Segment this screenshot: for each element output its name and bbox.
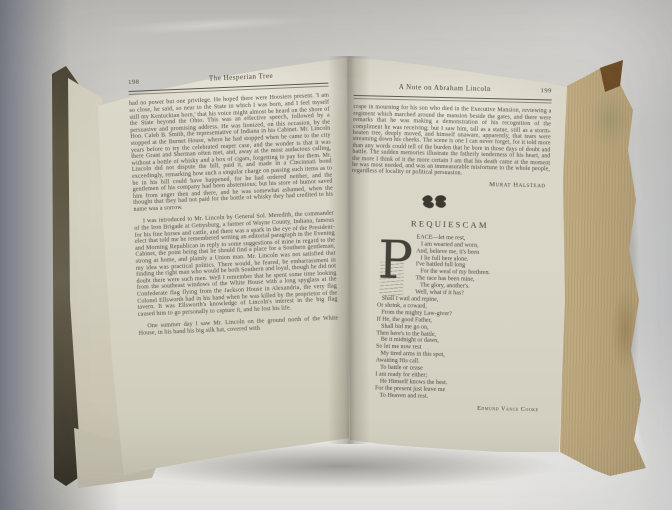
book-photo: 198 The Hesperian Tree had no power but … [0, 0, 672, 510]
body-paragraph: had no power but one privilege. He hoped… [129, 93, 334, 213]
poem-block: P EACE—let me rest, I am wearied and wor… [375, 233, 549, 413]
body-paragraph: I was introduced to Mr. Lincoln by Gener… [134, 211, 338, 318]
printers-ornament-icon [421, 193, 449, 209]
right-page-content: A Note on Abraham Lincoln 199 crape in m… [347, 82, 552, 413]
article-signature: Murat Halstead [352, 178, 550, 189]
right-page-number: 199 [526, 87, 552, 95]
header-rule [354, 95, 552, 104]
poem-title: REQUIESCAM [351, 217, 549, 231]
left-page-number: 198 [128, 78, 154, 86]
body-paragraph: crape in mourning for his son who died i… [352, 104, 552, 179]
left-page-content: 198 The Hesperian Tree had no power but … [128, 70, 339, 338]
poem-drop-cap: P [377, 235, 412, 294]
drop-cap-vine-ornament [379, 261, 404, 296]
